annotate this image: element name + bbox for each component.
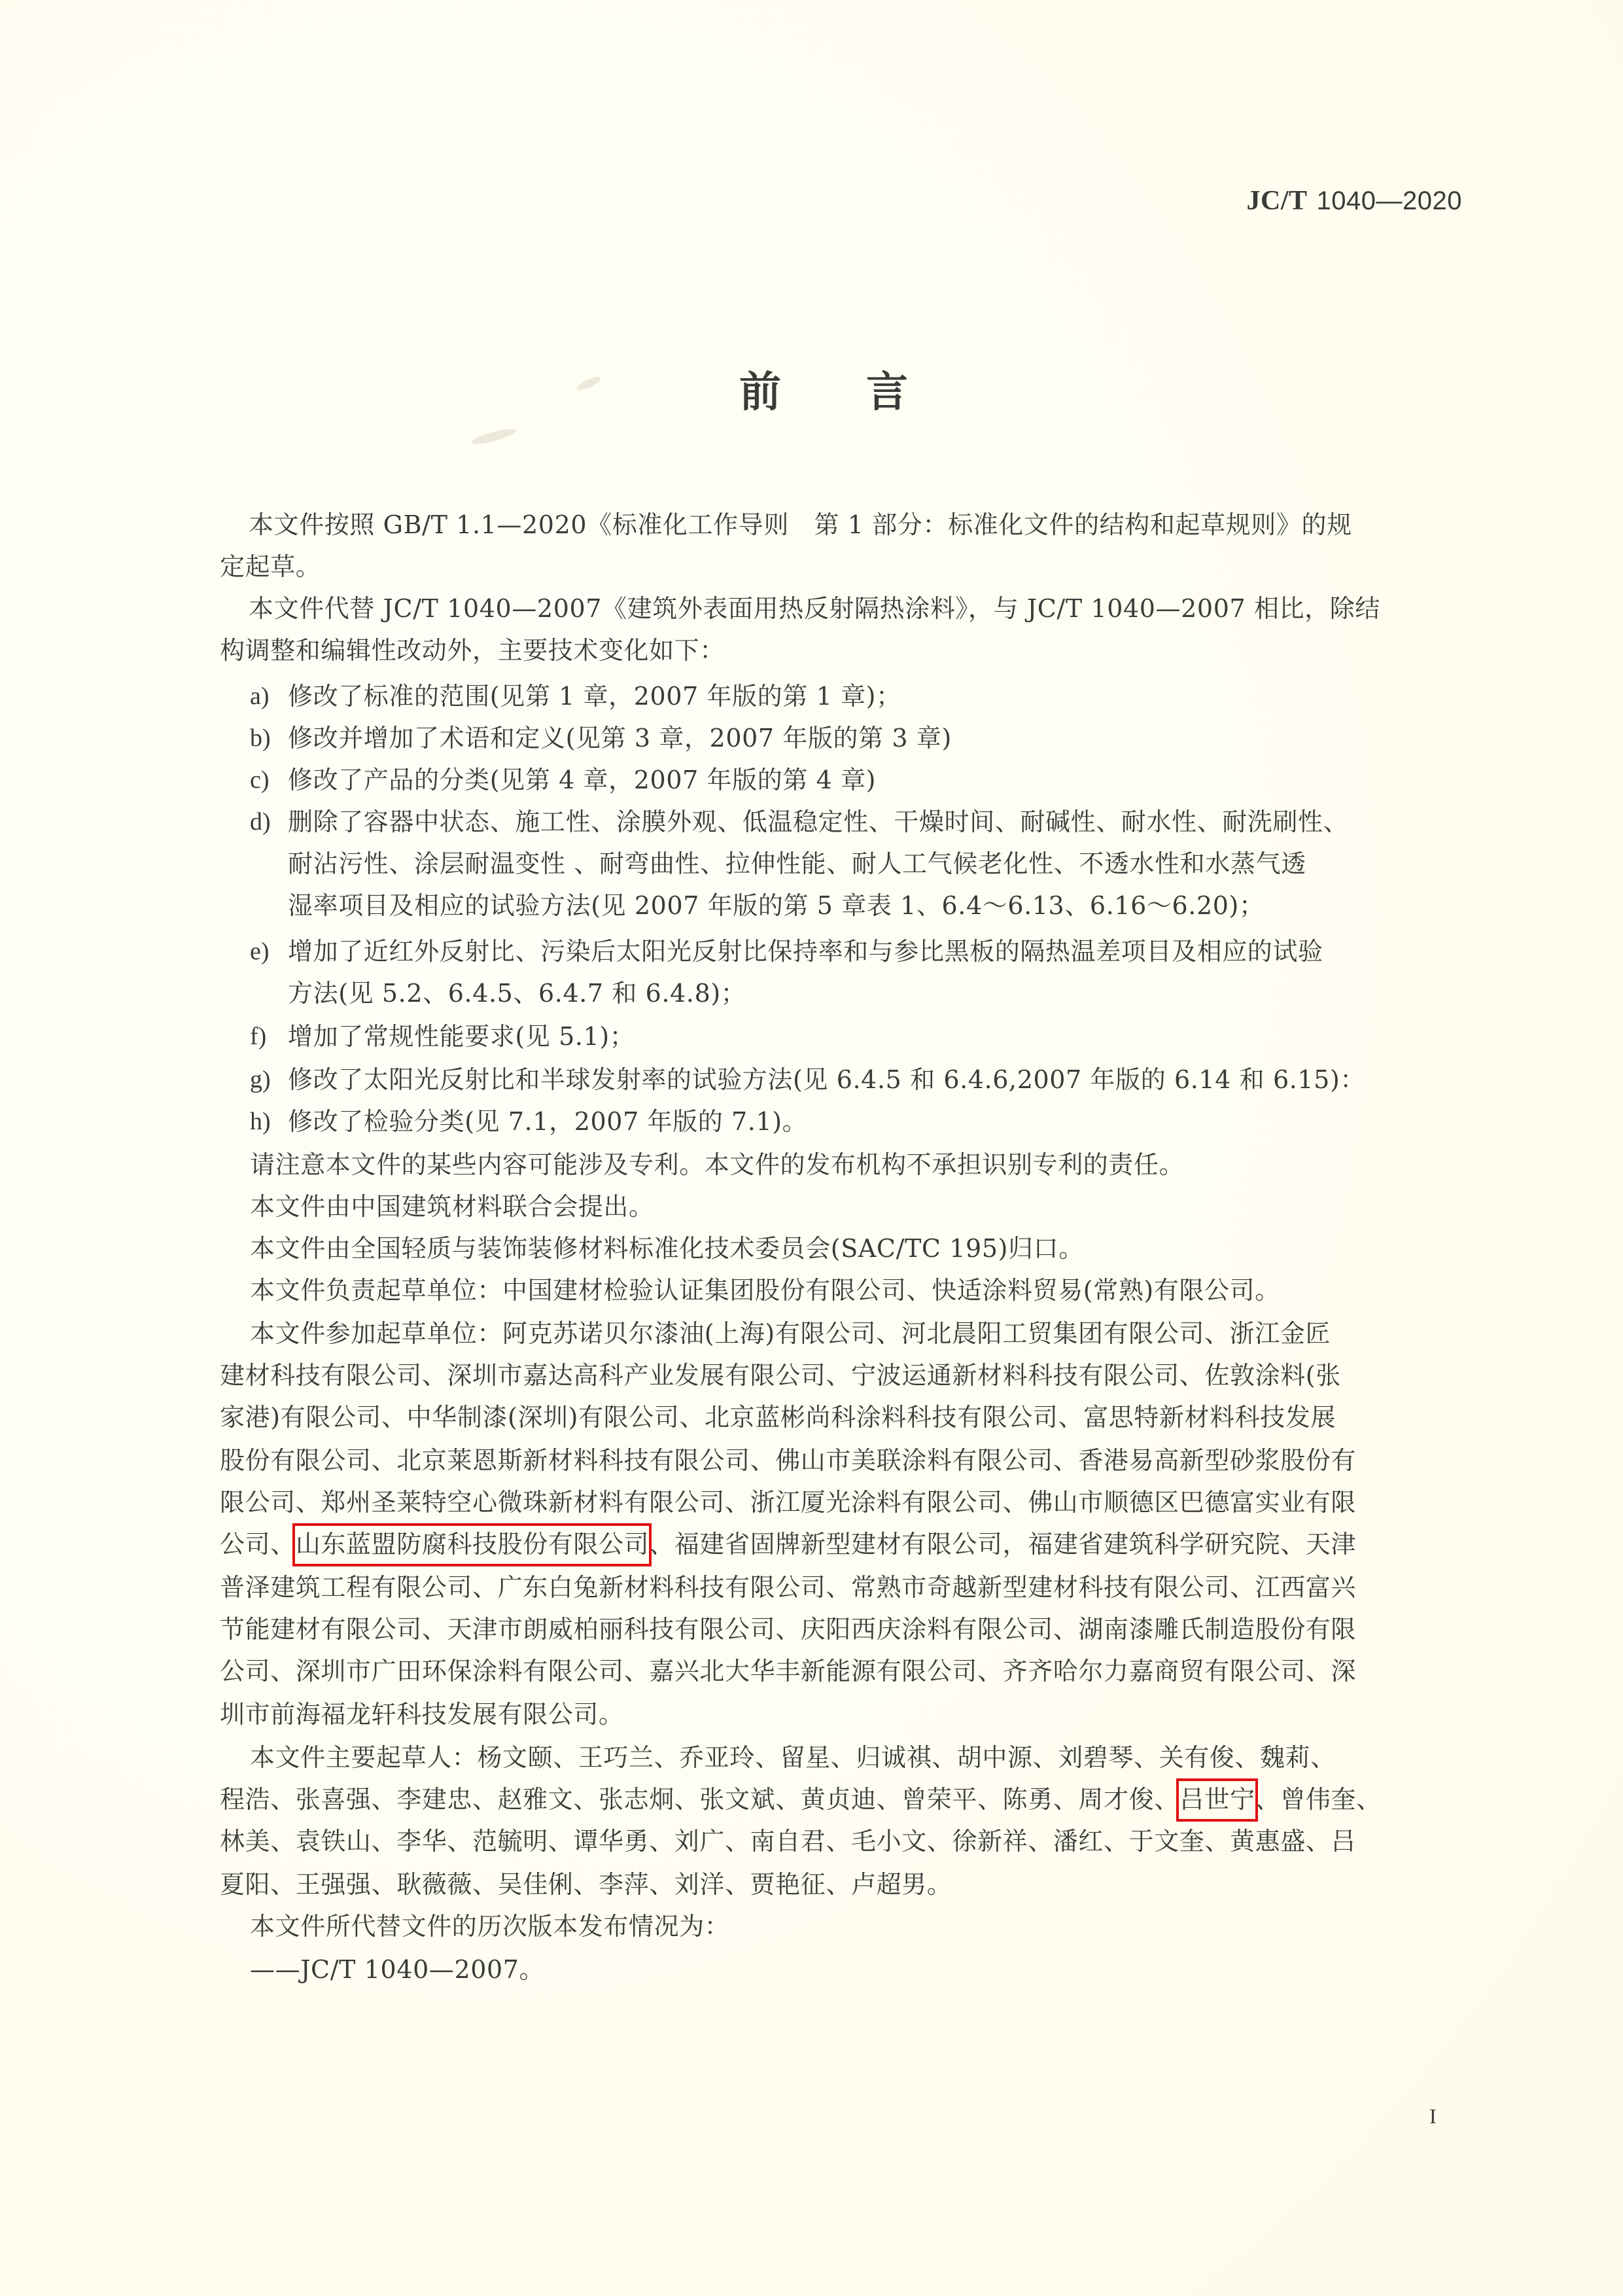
list-marker: f) bbox=[250, 1021, 266, 1052]
list-item-continuation: 耐沾污性、涂层耐温变性 、耐弯曲性、拉伸性能、耐人工气候老化性、不透水性和水蒸气… bbox=[288, 848, 1306, 879]
participating-units-line: 公司、深圳市广田环保涂料有限公司、嘉兴北大华丰新能源有限公司、齐齐哈尔力嘉商贸有… bbox=[220, 1655, 1356, 1687]
list-marker: e) bbox=[250, 936, 270, 967]
paragraph-line: 本文件代替 JC/T 1040—2007《建筑外表面用热反射隔热涂料》，与 JC… bbox=[249, 593, 1380, 624]
text-segment: 、福建省固牌新型建材有限公司，福建省建筑科学研究院、天津 bbox=[649, 1530, 1356, 1559]
main-drafters-line: 夏阳、王强强、耿薇薇、吴佳俐、李萍、刘洋、贾艳征、卢超男。 bbox=[220, 1869, 952, 1900]
text-segment: 、曾伟奎、 bbox=[1255, 1785, 1382, 1814]
participating-units-line: 圳市前海福龙轩科技发展有限公司。 bbox=[220, 1699, 624, 1730]
text-segment: 公司、 bbox=[220, 1530, 296, 1559]
highlighted-person: 吕世宁 bbox=[1179, 1784, 1255, 1815]
participating-units-line: 股份有限公司、北京莱恩斯新材料科技有限公司、佛山市美联涂料有限公司、香港易高新型… bbox=[220, 1445, 1356, 1476]
participating-units-line: 节能建材有限公司、天津市朗威柏丽科技有限公司、庆阳西庆涂料有限公司、湖南漆雕氏制… bbox=[220, 1614, 1356, 1645]
list-item: 修改了产品的分类(见第 4 章，2007 年版的第 4 章) bbox=[288, 764, 876, 796]
list-marker: h) bbox=[250, 1106, 271, 1137]
list-marker: c) bbox=[250, 764, 270, 796]
list-item: 增加了常规性能要求(见 5.1)； bbox=[288, 1021, 635, 1052]
list-item: 修改了标准的范围(见第 1 章，2007 年版的第 1 章)； bbox=[288, 680, 901, 712]
page-number: I bbox=[1429, 2104, 1437, 2128]
participating-units-line: 普泽建筑工程有限公司、广东白兔新材料科技有限公司、常熟市奇越新型建材科技有限公司… bbox=[220, 1572, 1356, 1603]
document-page: JC/T1040—2020 前言 本文件按照 GB/T 1.1—2020《标准化… bbox=[0, 0, 1623, 2296]
participating-units-line: 家港)有限公司、中华制漆(深圳)有限公司、北京蓝彬尚科涂料科技有限公司、富思特新… bbox=[220, 1402, 1336, 1433]
standard-number: 1040—2020 bbox=[1317, 186, 1462, 215]
managed-by: 本文件由全国轻质与装饰装修材料标准化技术委员会(SAC/TC 195)归口。 bbox=[250, 1233, 1084, 1264]
list-item: 修改了检验分类(见 7.1，2007 年版的 7.1)。 bbox=[288, 1106, 807, 1137]
standard-prefix: JC/T bbox=[1247, 186, 1308, 216]
list-marker: b) bbox=[250, 722, 271, 754]
list-item-continuation: 湿率项目及相应的试验方法(见 2007 年版的第 5 章表 1、6.4～6.13… bbox=[288, 890, 1265, 921]
highlighted-company: 山东蓝盟防腐科技股份有限公司 bbox=[296, 1528, 649, 1560]
proposed-by: 本文件由中国建筑材料联合会提出。 bbox=[250, 1191, 654, 1222]
list-item: 修改并增加了术语和定义(见第 3 章，2007 年版的第 3 章) bbox=[288, 722, 952, 754]
standard-code: JC/T1040—2020 bbox=[1247, 185, 1462, 217]
participating-units-line: 本文件参加起草单位：阿克苏诺贝尔漆油(上海)有限公司、河北晨阳工贸集团有限公司、… bbox=[250, 1318, 1331, 1349]
list-item: 增加了近红外反射比、污染后太阳光反射比保持率和与参比黑板的隔热温差项目及相应的试… bbox=[288, 936, 1323, 967]
lead-drafting-units: 本文件负责起草单位：中国建材检验认证集团股份有限公司、快适涂料贸易(常熟)有限公… bbox=[250, 1275, 1280, 1306]
participating-units-line: 限公司、郑州圣莱特空心微珠新材料有限公司、浙江厦光涂料有限公司、佛山市顺德区巴德… bbox=[220, 1487, 1356, 1518]
main-drafters-line: 本文件主要起草人：杨文颐、王巧兰、乔亚玲、留星、归诚祺、胡中源、刘碧琴、关有俊、… bbox=[250, 1742, 1336, 1773]
text-segment: 程浩、张喜强、李建忠、赵雅文、张志炯、张文斌、黄贞迪、曾荣平、陈勇、周才俊、 bbox=[220, 1785, 1179, 1814]
paragraph-line: 本文件按照 GB/T 1.1—2020《标准化工作导则 第 1 部分：标准化文件… bbox=[249, 509, 1352, 540]
list-item: 修改了太阳光反射比和半球发射率的试验方法(见 6.4.5 和 6.4.6,200… bbox=[288, 1064, 1365, 1095]
patent-notice: 请注意本文件的某些内容可能涉及专利。本文件的发布机构不承担识别专利的责任。 bbox=[250, 1149, 1184, 1180]
list-item-continuation: 方法(见 5.2、6.4.5、6.4.7 和 6.4.8)； bbox=[288, 978, 746, 1009]
page-title: 前言 bbox=[739, 359, 993, 419]
participating-units-line-highlighted: 公司、山东蓝盟防腐科技股份有限公司、福建省固牌新型建材有限公司，福建省建筑科学研… bbox=[220, 1528, 1356, 1560]
main-drafters-line-highlighted: 程浩、张喜强、李建忠、赵雅文、张志炯、张文斌、黄贞迪、曾荣平、陈勇、周才俊、吕世… bbox=[220, 1784, 1382, 1815]
scan-artifact bbox=[575, 374, 602, 393]
history-intro: 本文件所代替文件的历次版本发布情况为： bbox=[250, 1911, 729, 1942]
paragraph-line: 构调整和编辑性改动外，主要技术变化如下： bbox=[220, 635, 725, 666]
list-marker: a) bbox=[250, 680, 270, 712]
history-item: ——JC/T 1040—2007。 bbox=[250, 1954, 544, 1985]
main-drafters-line: 林美、袁铁山、李华、范毓明、谭华勇、刘广、南自君、毛小文、徐新祥、潘红、于文奎、… bbox=[220, 1826, 1356, 1857]
scan-artifact bbox=[470, 426, 517, 447]
participating-units-line: 建材科技有限公司、深圳市嘉达高科产业发展有限公司、宁波运通新材料科技有限公司、佐… bbox=[220, 1360, 1341, 1391]
list-marker: d) bbox=[250, 806, 271, 838]
list-item: 删除了容器中状态、施工性、涂膜外观、低温稳定性、干燥时间、耐碱性、耐水性、耐洗刷… bbox=[288, 806, 1348, 838]
list-marker: g) bbox=[250, 1064, 271, 1095]
paragraph-line: 定起草。 bbox=[220, 551, 321, 582]
